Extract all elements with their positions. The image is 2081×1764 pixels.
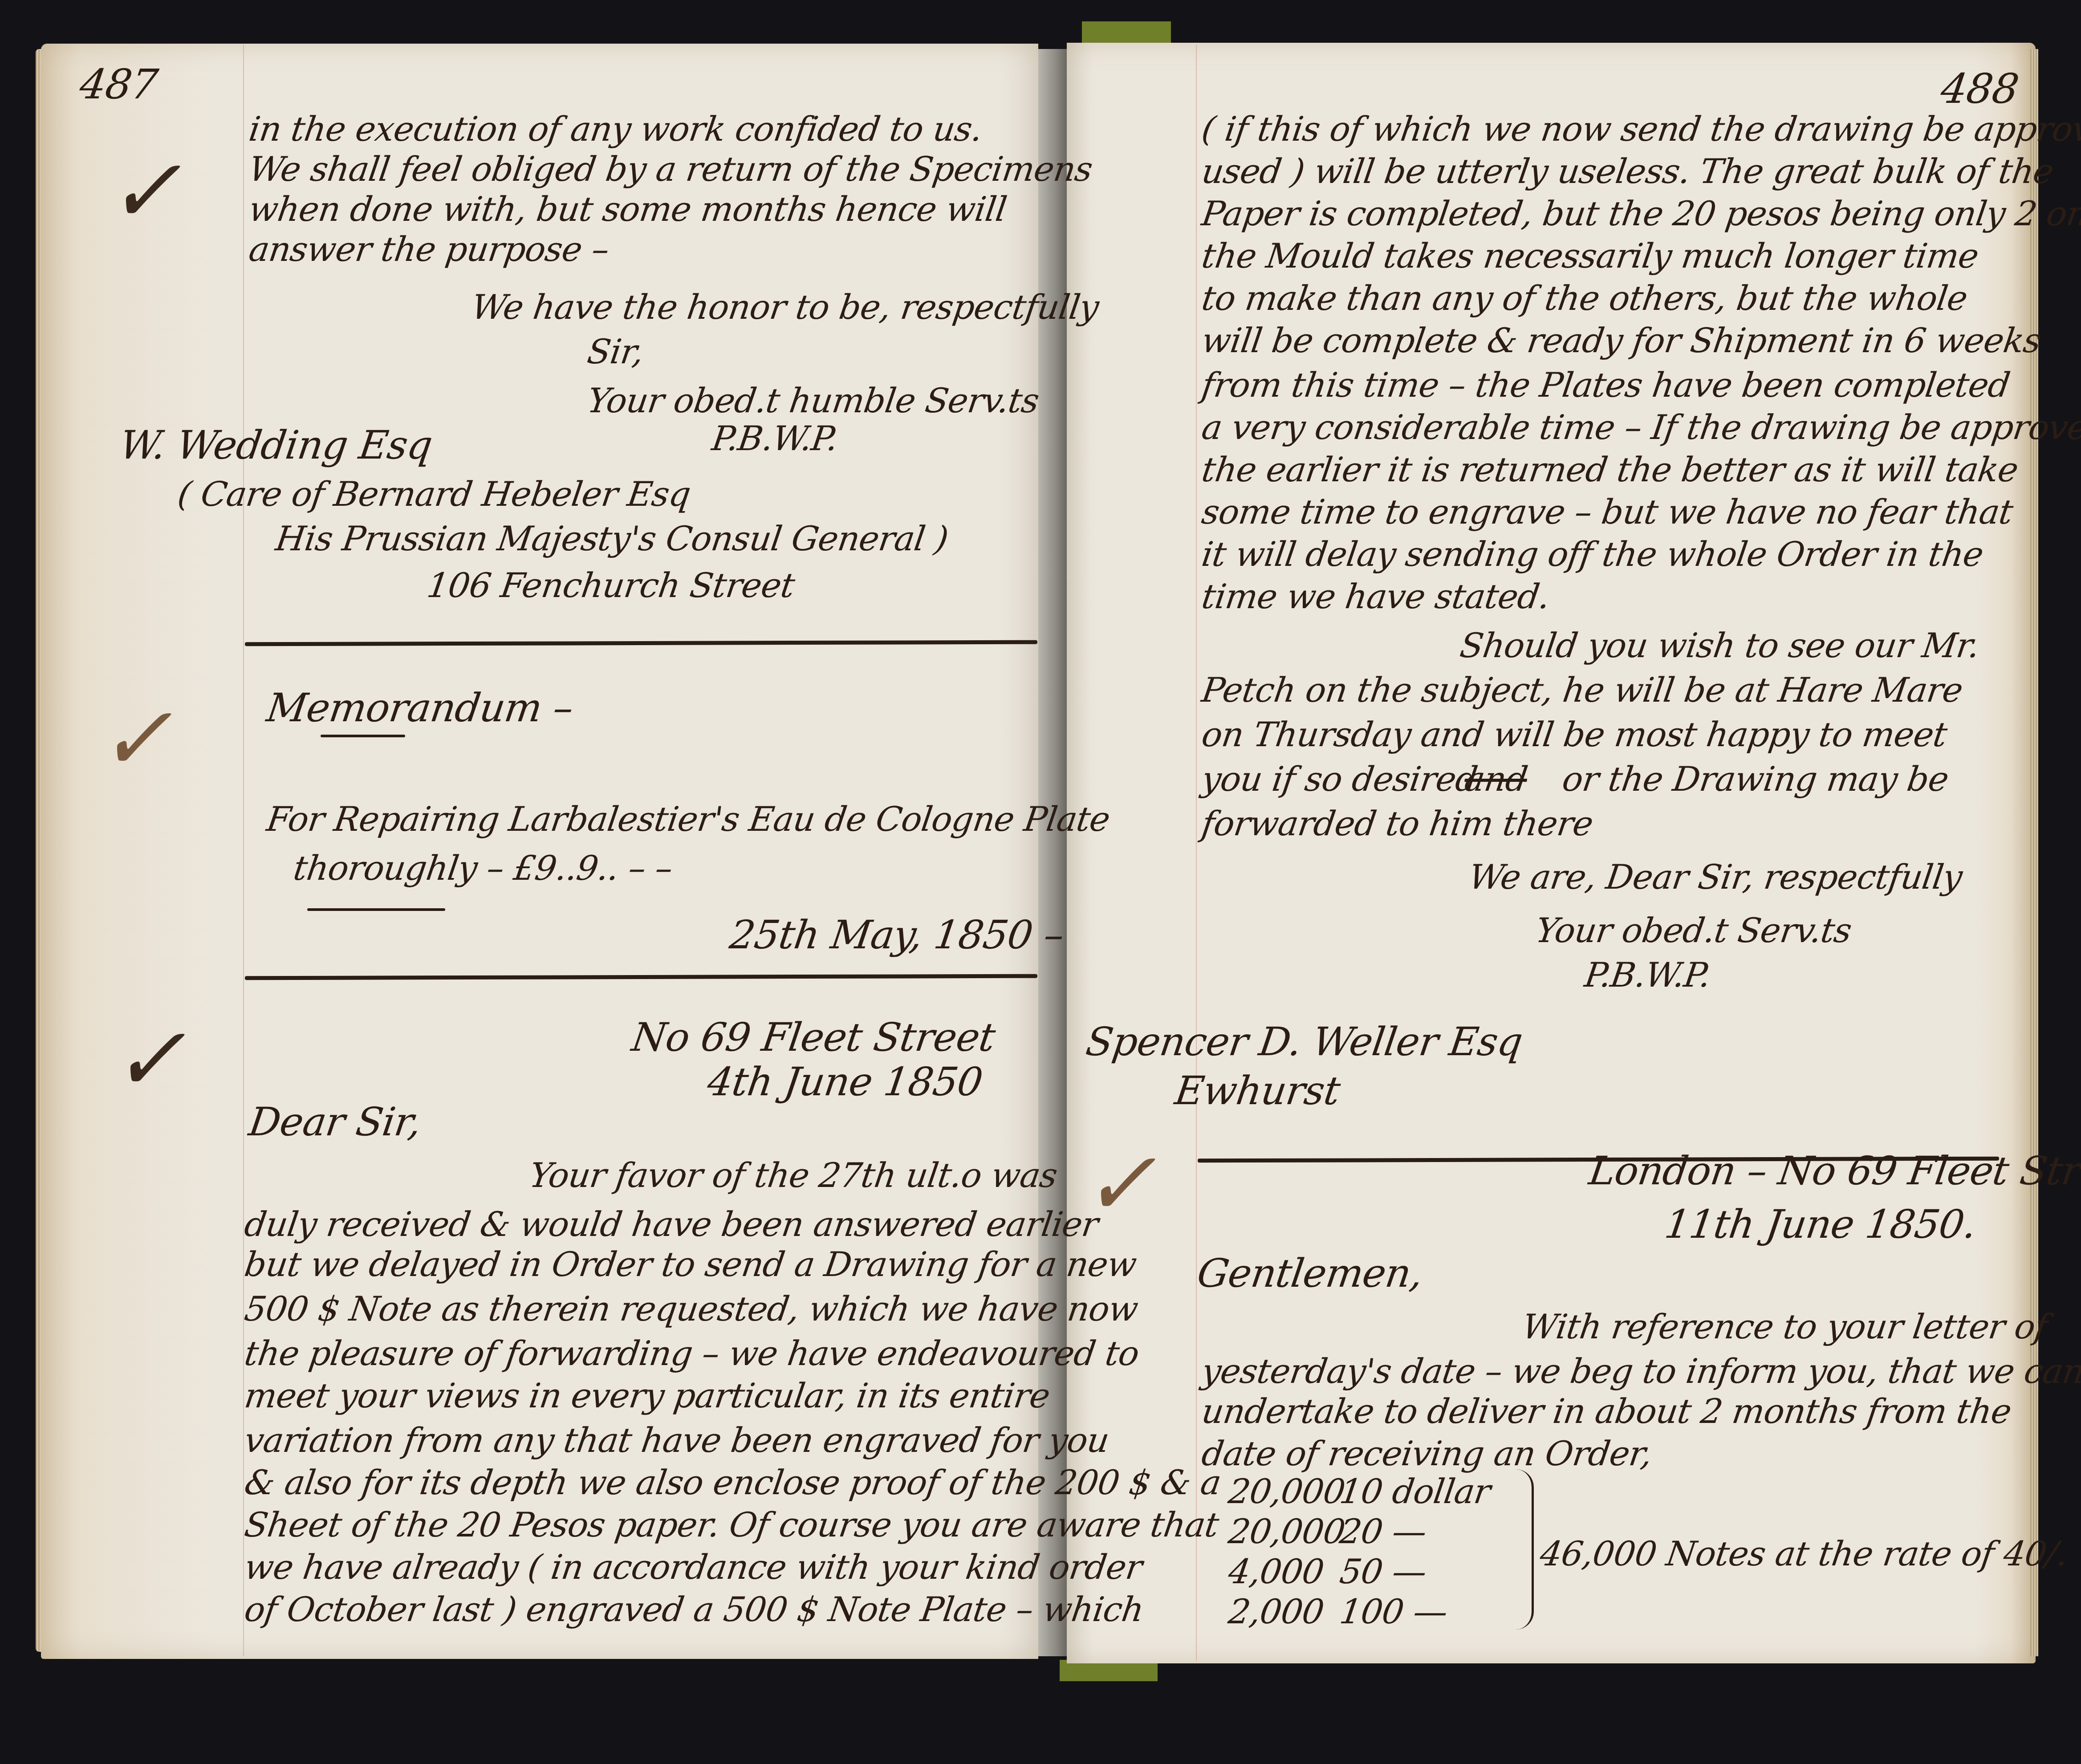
order-denomination: 100 — [1337,1589,1450,1634]
letter-date: 11th June 1850. [1662,1202,1979,1247]
letter-line: Your favor of the 27th ult.o was [527,1153,1060,1198]
order-brace [1514,1469,1534,1630]
letter-salutation-close: Sir, [585,329,646,374]
memorandum-underline [307,908,445,911]
order-denomination: 20 — [1337,1509,1429,1554]
letter-line: used ) will be utterly useless. The grea… [1199,149,2056,194]
letter-line: to make than any of the others, but the … [1199,276,1970,321]
letter-line: ( if this of which we now send the drawi… [1199,107,2081,151]
letter-line: answer the purpose – [246,227,612,272]
letter-signature: P.B.W.P. [709,416,841,461]
bookmark-ribbon-top [1082,21,1171,45]
right-page-edge [2030,49,2038,1656]
letter-salutation: Dear Sir, [246,1100,424,1144]
check-mark-icon: ✓ [107,147,182,236]
letter-line: Petch on the subject, he will be at Hare… [1199,668,1966,712]
letter-line: will be complete & ready for Shipment in… [1199,318,2044,363]
letter-line: but we delayed in Order to send a Drawin… [242,1242,1139,1287]
letter-line: duly received & would have been answered… [242,1202,1101,1247]
order-denomination: 10 dollar [1337,1469,1493,1514]
letter-closing: We have the honor to be, respectfully [469,285,1101,329]
check-mark-icon: ✓ [98,695,173,784]
right-margin-rule [1196,45,1197,1661]
letter-date: 4th June 1850 [705,1060,985,1104]
memorandum-line: For Repairing Larbalestier's Eau de Colo… [264,797,1113,841]
letter-line: Should you wish to see our Mr. [1457,623,1982,668]
letter-line: of October last ) engraved a 500 $ Note … [242,1587,1146,1632]
letter-line: some time to engrave – but we have no fe… [1199,490,2016,534]
letter-line: With reference to your letter of [1520,1305,2050,1349]
heading-underline [321,735,405,737]
letter-line: time we have stated. [1199,574,1553,619]
letter-line: the pleasure of forwarding – we have end… [242,1331,1142,1376]
letter-line: We shall feel obliged by a return of the… [246,147,1095,191]
letter-valediction: Your obed.t Serv.ts [1533,908,1854,953]
letter-line: a very considerable time – If the drawin… [1199,405,2081,450]
letter-line: yesterday's date – we beg to inform you,… [1199,1349,2081,1394]
right-page-number: 488 [1938,67,2021,111]
letter-line: Sheet of the 20 Pesos paper. Of course y… [242,1503,1221,1547]
order-quantity: 20,000 [1226,1469,1348,1514]
check-mark-icon: ✓ [111,1015,186,1104]
letter-address: London – No 69 Fleet Street [1586,1149,2081,1193]
letter-line: the Mould takes necessarily much longer … [1199,234,1981,278]
letter-line: from this time – the Plates have been co… [1199,363,2012,407]
letter-salutation: Gentlemen, [1195,1251,1426,1296]
addressee-name: Spencer D. Weller Esq [1083,1020,1525,1064]
addressee-care-of: ( Care of Bernard Hebeler Esq [175,472,693,516]
letter-line: on Thursday and will be most happy to me… [1199,712,1950,757]
letter-line: & also for its depth we also enclose pro… [242,1460,1223,1505]
check-mark-icon: ✓ [1082,1140,1157,1229]
letter-line: it will delay sending off the whole Orde… [1199,532,1986,577]
letter-line: the earlier it is returned the better as… [1199,447,2021,492]
letter-line: we have already ( in accordance with you… [242,1545,1145,1589]
order-total: 46,000 Notes at the rate of 40/. [1537,1532,2071,1576]
letter-address: No 69 Fleet Street [629,1015,998,1060]
letter-line: or the Drawing may be [1560,757,1951,801]
addressee-title: His Prussian Majesty's Consul General ) [273,516,951,561]
struck-word: and [1462,757,1530,801]
order-denomination: 50 — [1337,1549,1429,1594]
order-quantity: 2,000 [1226,1589,1327,1634]
order-quantity: 20,000 [1226,1509,1348,1554]
letter-line: undertake to deliver in about 2 months f… [1199,1389,2014,1434]
letter-line: when done with, but some months hence wi… [246,187,1009,232]
memorandum-heading: Memorandum – [264,686,576,730]
letter-closing: We are, Dear Sir, respectfully [1466,855,1965,899]
letter-line: forwarded to him there [1199,801,1596,846]
letter-line: 500 $ Note as therein requested, which w… [242,1287,1141,1331]
letter-line: you if so desired [1199,757,1480,801]
left-page-number: 487 [77,62,160,107]
memorandum-date: 25th May, 1850 – [727,913,1067,957]
letter-line: meet your views in every particular, in … [242,1374,1053,1418]
memorandum-line: thoroughly – £9..9.. – – [291,846,675,890]
addressee-name: W. Wedding Esq [117,423,435,467]
order-quantity: 4,000 [1226,1549,1327,1594]
letter-line: variation from any that have been engrav… [242,1418,1112,1463]
addressee-street: 106 Fenchurch Street [424,563,797,608]
letter-line: Paper is completed, but the 20 pesos bei… [1199,191,2081,236]
addressee-place: Ewhurst [1172,1069,1343,1113]
letter-line: in the execution of any work confided to… [246,107,985,151]
letter-signature: P.B.W.P. [1582,953,1713,997]
